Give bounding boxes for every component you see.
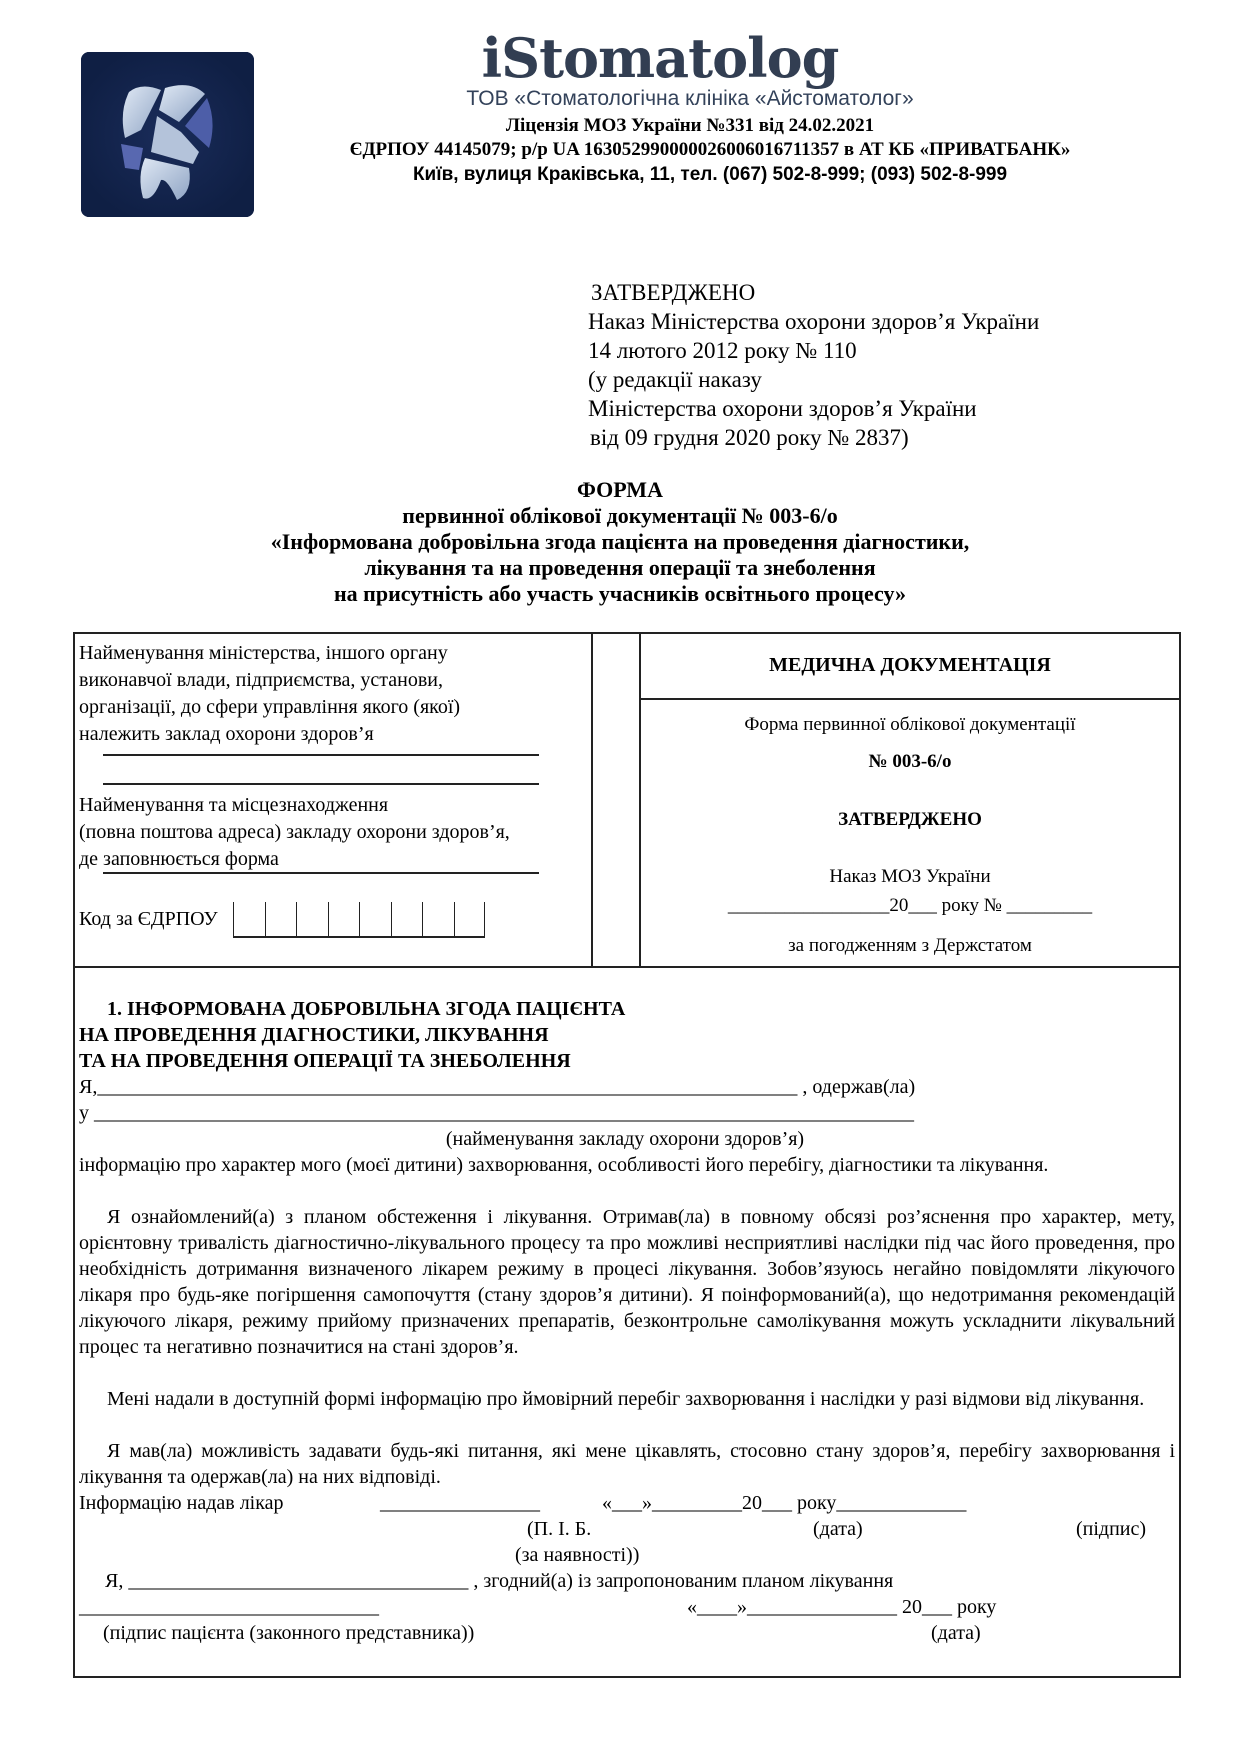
- row-divider: [641, 698, 1179, 700]
- label-line: належить заклад охорони здоров’я: [79, 721, 589, 748]
- consent-paragraph: інформацію про характер мого (моєї дитин…: [79, 1152, 1175, 1178]
- facility-name-field[interactable]: у ______________________________________…: [79, 1100, 914, 1126]
- doctor-name-caption-2: (за наявності)): [515, 1542, 639, 1568]
- edrpou-digit-box[interactable]: [454, 902, 486, 938]
- ministry-field-line-2[interactable]: [103, 783, 539, 785]
- patient-signature-caption: (підпис пацієнта (законного представника…: [103, 1620, 474, 1646]
- patient-date-field[interactable]: «____»_______________ 20___ року: [687, 1594, 996, 1620]
- label-line: організації, до сфери управління якого (…: [79, 694, 589, 721]
- form-label: Форма первинної облікової документації: [641, 711, 1179, 738]
- edrpou-digit-box[interactable]: [296, 902, 328, 938]
- consent-paragraph: Мені надали в доступній формі інформацію…: [79, 1386, 1175, 1412]
- medical-documentation-heading: МЕДИЧНА ДОКУМЕНТАЦІЯ: [641, 652, 1179, 679]
- company-name: ТОВ «Стоматологічна клініка «Айстоматоло…: [300, 86, 1080, 112]
- patient-agreement-field[interactable]: Я, __________________________________ , …: [105, 1568, 893, 1594]
- patient-signature-field[interactable]: ______________________________: [79, 1594, 379, 1620]
- ministry-field-line-1[interactable]: [103, 754, 539, 756]
- brand-name: iStomatolog: [420, 28, 900, 88]
- label-line: Найменування та місцезнаходження: [79, 792, 589, 819]
- form-title-line: первинної облікової документації № 003-6…: [120, 503, 1120, 529]
- consent-heading: 1. ІНФОРМОВАНА ДОБРОВІЛЬНА ЗГОДА ПАЦІЄНТ…: [79, 996, 625, 1074]
- doctor-sign-caption: (підпис): [1076, 1516, 1146, 1542]
- doctor-name-caption: (П. І. Б.: [527, 1516, 591, 1542]
- clinic-logo: [81, 52, 254, 217]
- tooth-logo-icon: [81, 52, 254, 217]
- edrpou-label: Код за ЄДРПОУ: [79, 906, 218, 933]
- edrpou-digit-box[interactable]: [391, 902, 423, 938]
- heading-line: НА ПРОВЕДЕННЯ ДІАГНОСТИКИ, ЛІКУВАННЯ: [79, 1022, 625, 1048]
- form-number: № 003-6/о: [641, 748, 1179, 775]
- approved-heading: ЗАТВЕРДЖЕНО: [588, 278, 1039, 307]
- order-date-number-field[interactable]: _________________20___ року № _________: [641, 892, 1179, 919]
- header-table: Найменування міністерства, іншого органу…: [73, 632, 1181, 968]
- label-line: виконавчої влади, підприємства, установи…: [79, 667, 589, 694]
- consent-section: 1. ІНФОРМОВАНА ДОБРОВІЛЬНА ЗГОДА ПАЦІЄНТ…: [73, 966, 1181, 1678]
- license-line: Ліцензія МОЗ України №331 від 24.02.2021: [300, 114, 1080, 138]
- form-title-line: на присутність або участь учасників осві…: [120, 581, 1120, 607]
- approved-block: ЗАТВЕРДЖЕНО Наказ Міністерства охорони з…: [588, 278, 1039, 452]
- patient-date-caption: (дата): [931, 1620, 981, 1646]
- approved-line: 14 лютого 2012 року № 110: [588, 336, 1039, 365]
- edrpou-digit-box[interactable]: [422, 902, 454, 938]
- form-title-line: ФОРМА: [120, 477, 1120, 503]
- requisites-line: ЄДРПОУ 44145079; р/р UA 1630529900000260…: [270, 138, 1150, 162]
- approved-line: від 09 грудня 2020 року № 2837): [588, 423, 1039, 452]
- doctor-date-sign-field[interactable]: «___»_________20___ року_____________: [602, 1490, 966, 1516]
- form-title-line: «Інформована добровільна згода пацієнта …: [120, 529, 1120, 555]
- label-line: Найменування міністерства, іншого органу: [79, 640, 589, 667]
- consent-paragraph: Я ознайомлений(а) з планом обстеження і …: [79, 1204, 1175, 1360]
- agreement-label: за погодженням з Держстатом: [641, 932, 1179, 959]
- approved-line: Міністерства охорони здоров’я України: [588, 394, 1039, 423]
- label-line: (повна поштова адреса) закладу охорони з…: [79, 819, 589, 846]
- edrpou-digit-box[interactable]: [233, 902, 265, 938]
- doctor-name-field[interactable]: ________________: [380, 1490, 540, 1516]
- approved-line: (у редакції наказу: [588, 365, 1039, 394]
- heading-line: 1. ІНФОРМОВАНА ДОБРОВІЛЬНА ЗГОДА ПАЦІЄНТ…: [79, 996, 625, 1022]
- column-divider: [591, 634, 593, 966]
- heading-line: ТА НА ПРОВЕДЕННЯ ОПЕРАЦІЇ ТА ЗНЕБОЛЕННЯ: [79, 1048, 625, 1074]
- edrpou-digit-box[interactable]: [328, 902, 360, 938]
- approved-label: ЗАТВЕРДЖЕНО: [641, 806, 1179, 833]
- approved-line: Наказ Міністерства охорони здоров’я Укра…: [588, 307, 1039, 336]
- form-title: ФОРМА первинної облікової документації №…: [120, 477, 1120, 607]
- edrpou-digit-box[interactable]: [265, 902, 297, 938]
- patient-name-field[interactable]: Я,______________________________________…: [79, 1074, 915, 1100]
- address-line: Київ, вулиця Краківська, 11, тел. (067) …: [270, 163, 1150, 187]
- doctor-date-caption: (дата): [813, 1516, 863, 1542]
- edrpou-digit-box[interactable]: [359, 902, 391, 938]
- facility-field-line[interactable]: [103, 872, 539, 874]
- facility-label: Найменування та місцезнаходження (повна …: [79, 792, 589, 873]
- ministry-label: Найменування міністерства, іншого органу…: [79, 640, 589, 748]
- consent-paragraph: Я мав(ла) можливість задавати будь-які п…: [79, 1438, 1175, 1490]
- facility-caption: (найменування закладу охорони здоров’я): [75, 1126, 1175, 1152]
- doctor-label: Інформацію надав лікар: [79, 1490, 284, 1516]
- label-line: де заповнюється форма: [79, 846, 589, 873]
- form-title-line: лікування та на проведення операції та з…: [120, 555, 1120, 581]
- order-label: Наказ МОЗ України: [641, 863, 1179, 890]
